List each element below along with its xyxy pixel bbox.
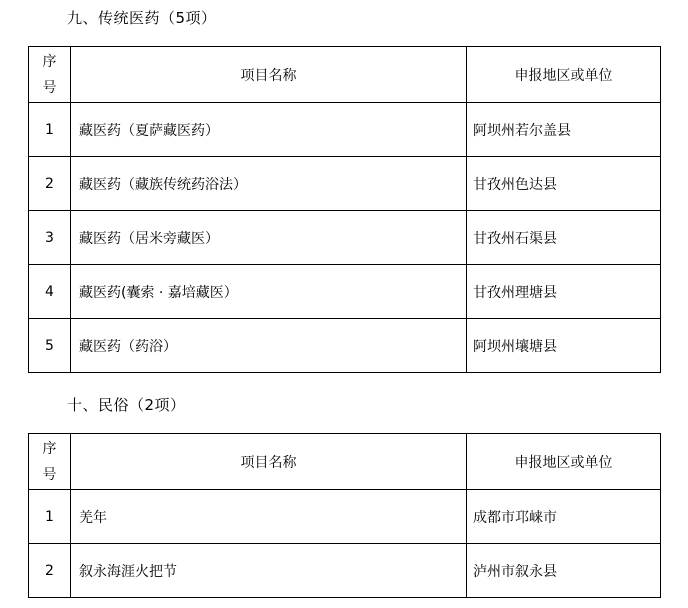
folk-customs-table: 序 号 项目名称 申报地区或单位 1 羌年 成都市邛崃市 2 叙永海涯火把节 泸… <box>28 433 661 598</box>
row-name: 藏医药（药浴） <box>71 319 467 373</box>
row-region: 泸州市叙永县 <box>467 544 661 598</box>
header-seq-top: 序 <box>29 49 70 75</box>
section-title-traditional-medicine: 九、传统医药（5项） <box>67 8 217 28</box>
row-name: 藏医药（夏萨藏医药） <box>71 103 467 157</box>
row-region: 甘孜州理塘县 <box>467 265 661 319</box>
traditional-medicine-table: 序 号 项目名称 申报地区或单位 1 藏医药（夏萨藏医药） 阿坝州若尔盖县 2 … <box>28 46 661 373</box>
row-seq: 4 <box>29 265 71 319</box>
row-region: 甘孜州石渠县 <box>467 211 661 265</box>
row-region: 阿坝州壤塘县 <box>467 319 661 373</box>
table-row: 2 叙永海涯火把节 泸州市叙永县 <box>29 544 661 598</box>
table-row: 5 藏医药（药浴） 阿坝州壤塘县 <box>29 319 661 373</box>
header-region: 申报地区或单位 <box>467 434 661 490</box>
table-row: 3 藏医药（居米旁藏医） 甘孜州石渠县 <box>29 211 661 265</box>
table-row: 4 藏医药(囊索 · 嘉培藏医） 甘孜州理塘县 <box>29 265 661 319</box>
row-seq: 3 <box>29 211 71 265</box>
row-name: 藏医药（藏族传统药浴法） <box>71 157 467 211</box>
row-name: 叙永海涯火把节 <box>71 544 467 598</box>
table-row: 2 藏医药（藏族传统药浴法） 甘孜州色达县 <box>29 157 661 211</box>
header-seq: 序 号 <box>29 47 71 103</box>
row-seq: 2 <box>29 544 71 598</box>
row-seq: 5 <box>29 319 71 373</box>
header-name: 项目名称 <box>71 47 467 103</box>
header-seq-top: 序 <box>29 436 70 462</box>
row-region: 甘孜州色达县 <box>467 157 661 211</box>
table-header-row: 序 号 项目名称 申报地区或单位 <box>29 47 661 103</box>
row-name: 藏医药（居米旁藏医） <box>71 211 467 265</box>
row-seq: 1 <box>29 103 71 157</box>
row-region: 成都市邛崃市 <box>467 490 661 544</box>
header-region: 申报地区或单位 <box>467 47 661 103</box>
header-seq-bottom: 号 <box>29 75 70 101</box>
section-title-folk-customs: 十、民俗（2项） <box>67 395 186 415</box>
row-seq: 2 <box>29 157 71 211</box>
table-header-row: 序 号 项目名称 申报地区或单位 <box>29 434 661 490</box>
header-seq: 序 号 <box>29 434 71 490</box>
table-row: 1 藏医药（夏萨藏医药） 阿坝州若尔盖县 <box>29 103 661 157</box>
row-name: 藏医药(囊索 · 嘉培藏医） <box>71 265 467 319</box>
header-name: 项目名称 <box>71 434 467 490</box>
row-region: 阿坝州若尔盖县 <box>467 103 661 157</box>
row-name: 羌年 <box>71 490 467 544</box>
header-seq-bottom: 号 <box>29 462 70 488</box>
row-seq: 1 <box>29 490 71 544</box>
table-row: 1 羌年 成都市邛崃市 <box>29 490 661 544</box>
